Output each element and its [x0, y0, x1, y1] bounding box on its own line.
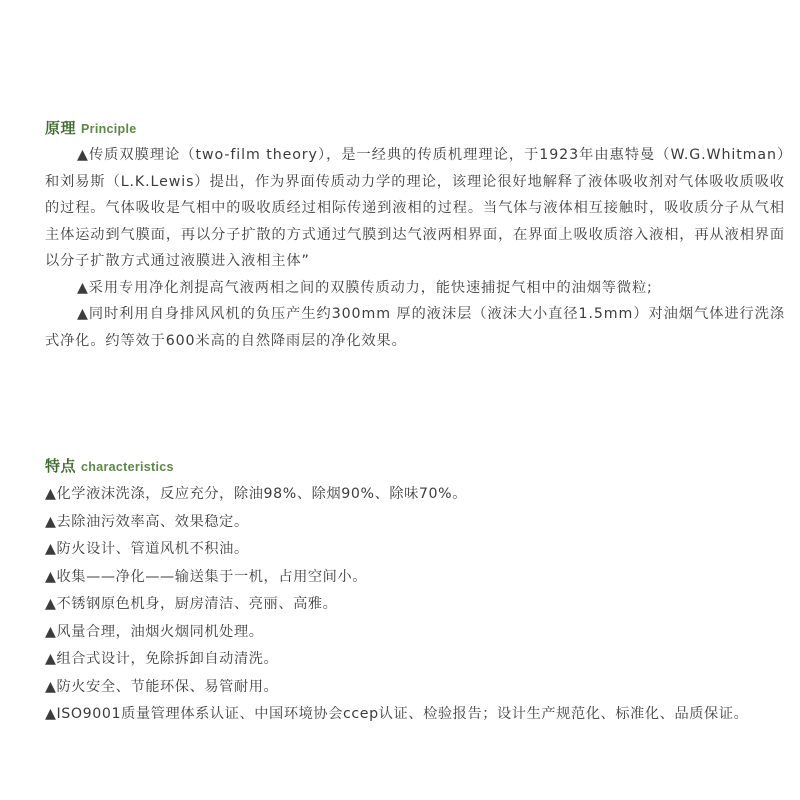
principle-paragraph-purifying-agent: ▲采用专用净化剂提高气液两相之间的双膜传质动力，能快速捕捉气相中的油烟等微粒;: [45, 275, 785, 302]
features-section: 特点 characteristics ▲化学液沫洗涤，反应充分，除油98%、除烟…: [45, 455, 785, 729]
feature-item: ▲防火安全、节能环保、易管耐用。: [45, 674, 785, 702]
feature-item: ▲防火设计、管道风机不积油。: [45, 536, 785, 564]
feature-item: ▲ISO9001质量管理体系认证、中国环境协会ccep认证、检验报告；设计生产规…: [45, 701, 785, 729]
feature-item: ▲组合式设计，免除拆卸自动清洗。: [45, 646, 785, 674]
principle-body: ▲传质双膜理论（two-film theory），是一经典的传质机理理论，于19…: [45, 142, 785, 354]
feature-item: ▲收集——净化——输送集于一机，占用空间小。: [45, 564, 785, 592]
feature-item: ▲不锈钢原色机身，厨房清洁、亮丽、高雅。: [45, 591, 785, 619]
principle-heading-zh: 原理: [45, 117, 76, 138]
feature-item: ▲风量合理，油烟火烟同机处理。: [45, 619, 785, 647]
principle-section: 原理 Principle ▲传质双膜理论（two-film theory），是一…: [45, 117, 785, 354]
principle-paragraph-liquid-foam-layer: ▲同时利用自身排风风机的负压产生约300mm 厚的液沫层（液沫大小直径1.5mm…: [45, 301, 785, 354]
features-heading: 特点 characteristics: [45, 455, 785, 477]
feature-item: ▲化学液沫洗涤，反应充分，除油98%、除烟90%、除味70%。: [45, 481, 785, 509]
features-list: ▲化学液沫洗涤，反应充分，除油98%、除烟90%、除味70%。 ▲去除油污效率高…: [45, 481, 785, 729]
features-heading-zh: 特点: [45, 455, 76, 476]
principle-heading-en: Principle: [81, 122, 137, 136]
features-heading-en: characteristics: [81, 460, 174, 474]
principle-paragraph-two-film-theory: ▲传质双膜理论（two-film theory），是一经典的传质机理理论，于19…: [45, 142, 785, 275]
principle-heading: 原理 Principle: [45, 117, 785, 139]
feature-item: ▲去除油污效率高、效果稳定。: [45, 509, 785, 537]
